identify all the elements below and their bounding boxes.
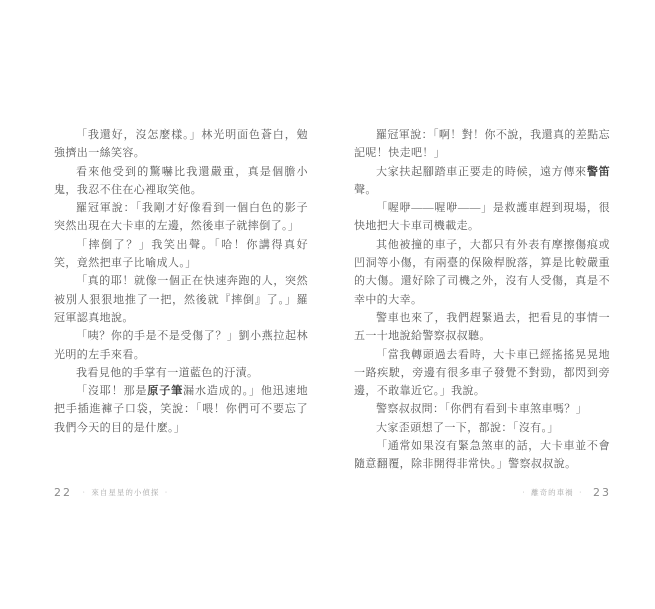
right-page-number: 23 xyxy=(593,486,611,499)
text-run: 看來他受到的驚嚇比我還嚴重，真是個膽小鬼，我忍不住在心裡取笑他。 xyxy=(54,166,308,196)
text-run: 「咦？你的手是不是受傷了？」劉小燕拉起林光明的左手來看。 xyxy=(54,330,308,360)
paragraph: 「喔咿——喔咿——」是救護車趕到現場，很快地把大卡車司機載走。 xyxy=(354,199,610,236)
text-run: 「通常如果沒有緊急煞車的話，大卡車並不會隨意翻覆，除非開得非常快。」警察叔叔說。 xyxy=(354,440,610,470)
paragraph: 大家歪頭想了一下，都說：「沒有。」 xyxy=(354,419,610,437)
paragraph: 「沒耶！那是原子筆漏水造成的。」他迅速地把手插進褲子口袋，笑說：「喂！你們可不要… xyxy=(54,382,308,437)
text-run: 「摔倒了？」我笑出聲。「哈！你講得真好笑，竟然把車子比喻成人。」 xyxy=(54,239,308,269)
left-page-footer: 22 ‧ 來自星星的小偵探 ‧ xyxy=(54,486,171,499)
text-run: 警車也來了，我們趕緊過去，把看見的事情一五一十地說給警察叔叔聽。 xyxy=(354,312,610,342)
text-run: 我看見他的手掌有一道藍色的汙漬。 xyxy=(76,367,258,379)
left-page-text: 「我還好，沒怎麼樣。」林光明面色蒼白，勉強擠出一絲笑容。看來他受到的驚嚇比我還嚴… xyxy=(54,126,308,437)
left-running-title: ‧ 來自星星的小偵探 ‧ xyxy=(80,487,171,498)
paragraph: 「當我轉頭過去看時，大卡車已經搖搖晃晃地一路疾駛，旁邊有很多車子發覺不對勁，都閃… xyxy=(354,346,610,401)
text-run: 羅冠軍說：「我剛才好像看到一個白色的影子突然出現在大卡車的左邊，然後車子就摔倒了… xyxy=(54,202,308,232)
paragraph: 警車也來了，我們趕緊過去，把看見的事情一五一十地說給警察叔叔聽。 xyxy=(354,309,610,346)
book-spread: 「我還好，沒怎麼樣。」林光明面色蒼白，勉強擠出一絲笑容。看來他受到的驚嚇比我還嚴… xyxy=(0,0,655,609)
paragraph: 「咦？你的手是不是受傷了？」劉小燕拉起林光明的左手來看。 xyxy=(54,327,308,364)
paragraph: 我看見他的手掌有一道藍色的汙漬。 xyxy=(54,364,308,382)
paragraph: 警察叔叔問：「你們有看到卡車煞車嗎？」 xyxy=(354,400,610,418)
paragraph: 大家扶起腳踏車正要走的時候，遠方傳來警笛聲。 xyxy=(354,163,610,200)
bold-term: 原子筆 xyxy=(147,385,183,397)
left-page-number: 22 xyxy=(54,486,72,499)
bold-term: 警笛 xyxy=(587,166,610,178)
text-run: 「沒耶！那是 xyxy=(76,385,147,397)
paragraph: 「摔倒了？」我笑出聲。「哈！你講得真好笑，竟然把車子比喻成人。」 xyxy=(54,236,308,273)
text-run: 大家歪頭想了一下，都說：「沒有。」 xyxy=(376,422,559,434)
paragraph: 「真的耶！就像一個正在快速奔跑的人，突然被別人狠狠地推了一把，然後就『摔倒』了。… xyxy=(54,272,308,327)
text-run: 羅冠軍說：「啊！對！你不說，我還真的差點忘記呢！快走吧！」 xyxy=(354,129,610,159)
text-run: 其他被撞的車子，大都只有外表有摩擦傷痕或凹洞等小傷，有兩臺的保險桿脫落，算是比較… xyxy=(354,239,610,306)
paragraph: 羅冠軍說：「我剛才好像看到一個白色的影子突然出現在大卡車的左邊，然後車子就摔倒了… xyxy=(54,199,308,236)
text-run: 「真的耶！就像一個正在快速奔跑的人，突然被別人狠狠地推了一把，然後就『摔倒』了。… xyxy=(54,275,308,324)
text-run: 聲。 xyxy=(354,184,377,196)
paragraph: 「通常如果沒有緊急煞車的話，大卡車並不會隨意翻覆，除非開得非常快。」警察叔叔說。 xyxy=(354,437,610,474)
paragraph: 羅冠軍說：「啊！對！你不說，我還真的差點忘記呢！快走吧！」 xyxy=(354,126,610,163)
paragraph: 看來他受到的驚嚇比我還嚴重，真是個膽小鬼，我忍不住在心裡取笑他。 xyxy=(54,163,308,200)
right-page-footer: ‧ 離奇的車禍 ‧ 23 xyxy=(520,486,611,499)
text-run: 警察叔叔問：「你們有看到卡車煞車嗎？」 xyxy=(376,403,587,415)
paragraph: 其他被撞的車子，大都只有外表有摩擦傷痕或凹洞等小傷，有兩臺的保險桿脫落，算是比較… xyxy=(354,236,610,309)
right-page-text: 羅冠軍說：「啊！對！你不說，我還真的差點忘記呢！快走吧！」大家扶起腳踏車正要走的… xyxy=(354,126,610,474)
text-run: 「我還好，沒怎麼樣。」林光明面色蒼白，勉強擠出一絲笑容。 xyxy=(54,129,308,159)
text-run: 「當我轉頭過去看時，大卡車已經搖搖晃晃地一路疾駛，旁邊有很多車子發覺不對勁，都閃… xyxy=(354,349,610,398)
right-running-title: ‧ 離奇的車禍 ‧ xyxy=(520,487,585,498)
text-run: 大家扶起腳踏車正要走的時候，遠方傳來 xyxy=(376,166,587,178)
text-run: 「喔咿——喔咿——」是救護車趕到現場，很快地把大卡車司機載走。 xyxy=(354,202,610,232)
paragraph: 「我還好，沒怎麼樣。」林光明面色蒼白，勉強擠出一絲笑容。 xyxy=(54,126,308,163)
